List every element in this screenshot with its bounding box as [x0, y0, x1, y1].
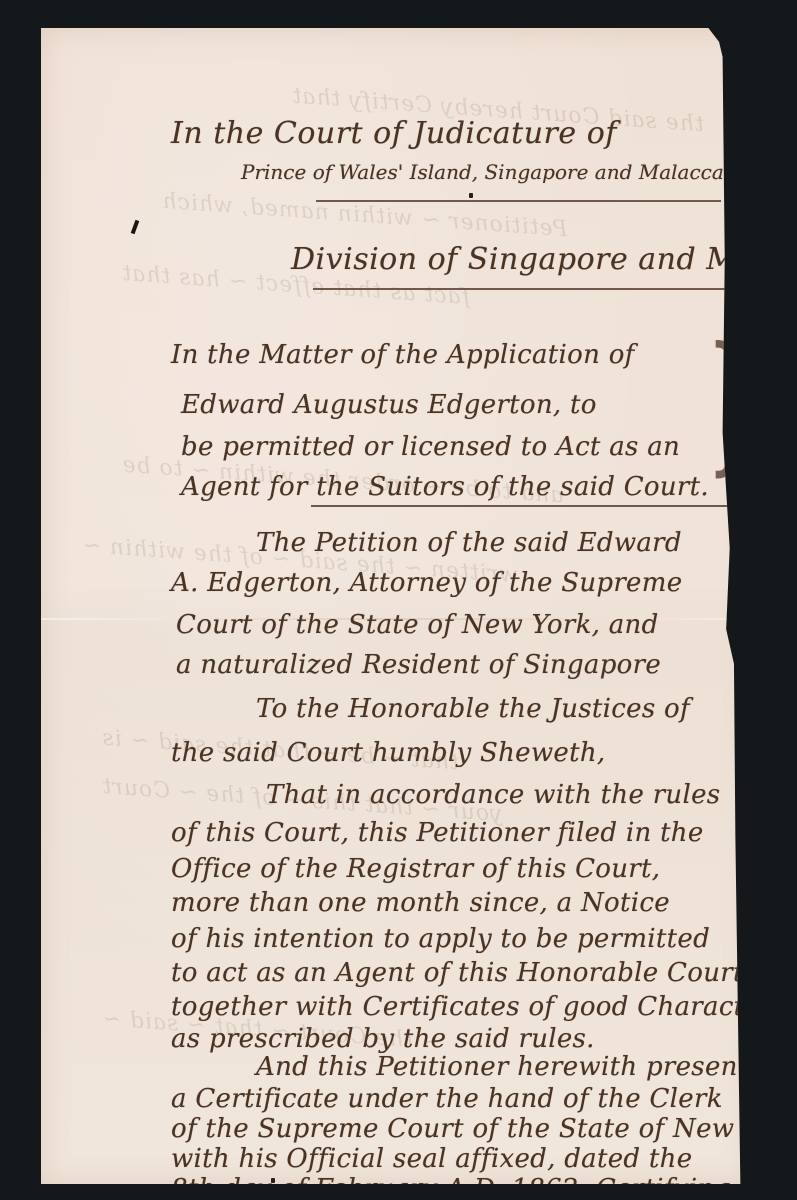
division-rule: [313, 288, 753, 290]
paragraph2-line: a Certificate under the hand of the Cler…: [171, 1084, 723, 1114]
caption-rule: [311, 505, 751, 507]
paragraph2-line: with his Official seal affixed, dated th…: [171, 1144, 692, 1174]
ink-mark: [131, 220, 140, 235]
intro-line: a naturalized Resident of Singapore: [176, 650, 661, 680]
caption-line: Edward Augustus Edgerton, to: [181, 390, 597, 420]
court-title-line2: Prince of Wales' Island, Singapore and M…: [241, 160, 724, 184]
paragraph1-line: That in accordance with the rules: [266, 780, 720, 810]
paragraph1-line: more than one month since, a Notice: [171, 888, 670, 918]
paragraph1-line: Office of the Registrar of this Court,: [171, 854, 660, 884]
caption-line: be permitted or licensed to Act as an: [181, 432, 680, 462]
paragraph1-line: as prescribed by the said rules.: [171, 1024, 595, 1054]
caption-line: In the Matter of the Application of: [171, 340, 635, 370]
address-line: To the Honorable the Justices of: [256, 694, 690, 724]
intro-line: A. Edgerton, Attorney of the Supreme: [171, 568, 682, 598]
paragraph1-line: to act as an Agent of this Honorable Cou…: [171, 958, 752, 988]
address-line: the said Court humbly Sheweth,: [171, 738, 605, 768]
caption-line: Agent for the Suitors of the said Court.: [181, 472, 709, 502]
paragraph2-line: of the Supreme Court of the State of New…: [171, 1114, 797, 1144]
caption-brace: }: [707, 328, 750, 478]
document-page: the said Court hereby Certify that Petit…: [41, 28, 751, 1184]
paragraph2-line: 8th day of February A.D. 1862. Certifyin…: [171, 1174, 731, 1200]
court-title-line1: In the Court of Judicature of: [171, 116, 617, 151]
intro-line: Court of the State of New York, and: [176, 610, 659, 640]
paragraph1-line: of this Court, this Petitioner filed in …: [171, 818, 704, 848]
header-rule: [316, 200, 721, 202]
paragraph2-line: And this Petitioner herewith presents: [256, 1052, 762, 1082]
paragraph1-line: together with Certificates of good Chara…: [171, 992, 773, 1022]
intro-line: The Petition of the said Edward: [256, 528, 682, 558]
bleed-through-text: Petitioner ~ within named, which: [161, 189, 569, 242]
division-title: Division of Singapore and Malacca: [291, 242, 797, 277]
ink-dot: [469, 193, 473, 198]
paragraph1-line: of his intention to apply to be permitte…: [171, 924, 710, 954]
